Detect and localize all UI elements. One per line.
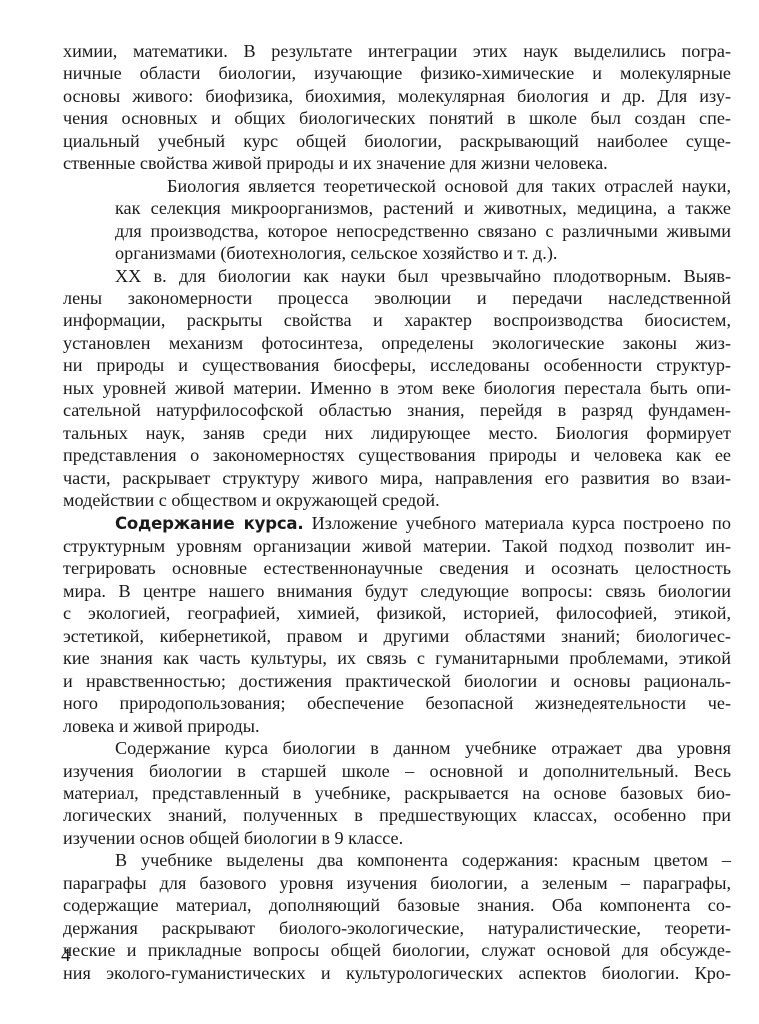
text-line: и нравственностью; достижения практическ… [63,670,731,692]
text-line: держания раскрывают биолого-экологически… [63,917,731,939]
text-line: содержащие материал, дополняющий базовые… [63,894,731,916]
text-line: структурным уровням организации живой ма… [63,535,731,557]
paragraph-2: Биология является теоретической основой … [63,175,731,265]
text-line: лены закономерности процесса эволюции и … [63,287,731,309]
text-line: ного природопользования; обеспечение без… [63,692,731,714]
text-line: представления о закономерностях существо… [63,444,731,466]
text-line: ческие и прикладные вопросы общей биолог… [63,939,731,961]
text-line: Содержание курса. Изложение учебного мат… [63,512,731,535]
text-line: ни природы и существования биосферы, исс… [63,354,731,376]
text-line: с экологией, географией, химией, физикой… [63,602,731,624]
document-page: химии, математики. В результате интеграц… [63,40,731,984]
text-line: параграфы для базового уровня изучения б… [63,872,731,894]
text-line: циальный учебный курс общей биологии, ра… [63,130,731,152]
text-line: материал, представленный в учебнике, рас… [63,782,731,804]
text-line: чения основных и общих биологических пон… [63,107,731,129]
paragraph-1: химии, математики. В результате интеграц… [63,40,731,175]
text-line: сательной натурфилософской областью знан… [63,399,731,421]
text-run: Изложение учебного материала курса постр… [303,513,731,533]
text-line: установлен механизм фотосинтеза, определ… [63,332,731,354]
text-line: тегрировать основные естественнонаучные … [63,557,731,579]
section-heading: Содержание курса. [115,514,303,533]
page-number: 4 [61,945,71,967]
paragraph-3: XX в. для биологии как науки был чрезвыч… [63,265,731,512]
text-line: кие знания как часть культуры, их связь … [63,647,731,669]
paragraph-6: В учебнике выделены два компонента содер… [63,849,731,984]
text-line: тальных наук, заняв среди них лидирующее… [63,422,731,444]
text-line: для производства, которое непосредственн… [63,220,731,242]
text-line: мира. В центре нашего внимания будут сле… [63,580,731,602]
text-line: части, раскрывает структуру живого мира,… [63,467,731,489]
text-line: химии, математики. В результате интеграц… [63,40,731,62]
text-line: логических знаний, полученных в предшест… [63,804,731,826]
text-line: ловека и живой природы. [63,715,731,737]
text-line: организмами (биотехнология, сельское хоз… [63,242,731,264]
text-line: XX в. для биологии как науки был чрезвыч… [63,265,731,287]
text-line: ничные области биологии, изучающие физик… [63,62,731,84]
text-line: информации, раскрыты свойства и характер… [63,309,731,331]
text-line: изучения биологии в старшей школе – осно… [63,760,731,782]
text-line: В учебнике выделены два компонента содер… [63,849,731,871]
paragraph-4: Содержание курса. Изложение учебного мат… [63,512,731,738]
text-line: Содержание курса биологии в данном учебн… [63,737,731,759]
text-line: как селекция микроорганизмов, растений и… [63,197,731,219]
text-line: ных уровней живой материи. Именно в этом… [63,377,731,399]
text-line: изучении основ общей биологии в 9 классе… [63,827,731,849]
text-line: модействии с обществом и окружающей сред… [63,489,731,511]
text-line: эстетикой, кибернетикой, правом и другим… [63,625,731,647]
text-line: ственные свойства живой природы и их зна… [63,152,731,174]
text-line: основы живого: биофизика, биохимия, моле… [63,85,731,107]
text-line: ния эколого-гуманистических и культуроло… [63,962,731,984]
text-line: Биология является теоретической основой … [63,175,731,197]
paragraph-5: Содержание курса биологии в данном учебн… [63,737,731,849]
